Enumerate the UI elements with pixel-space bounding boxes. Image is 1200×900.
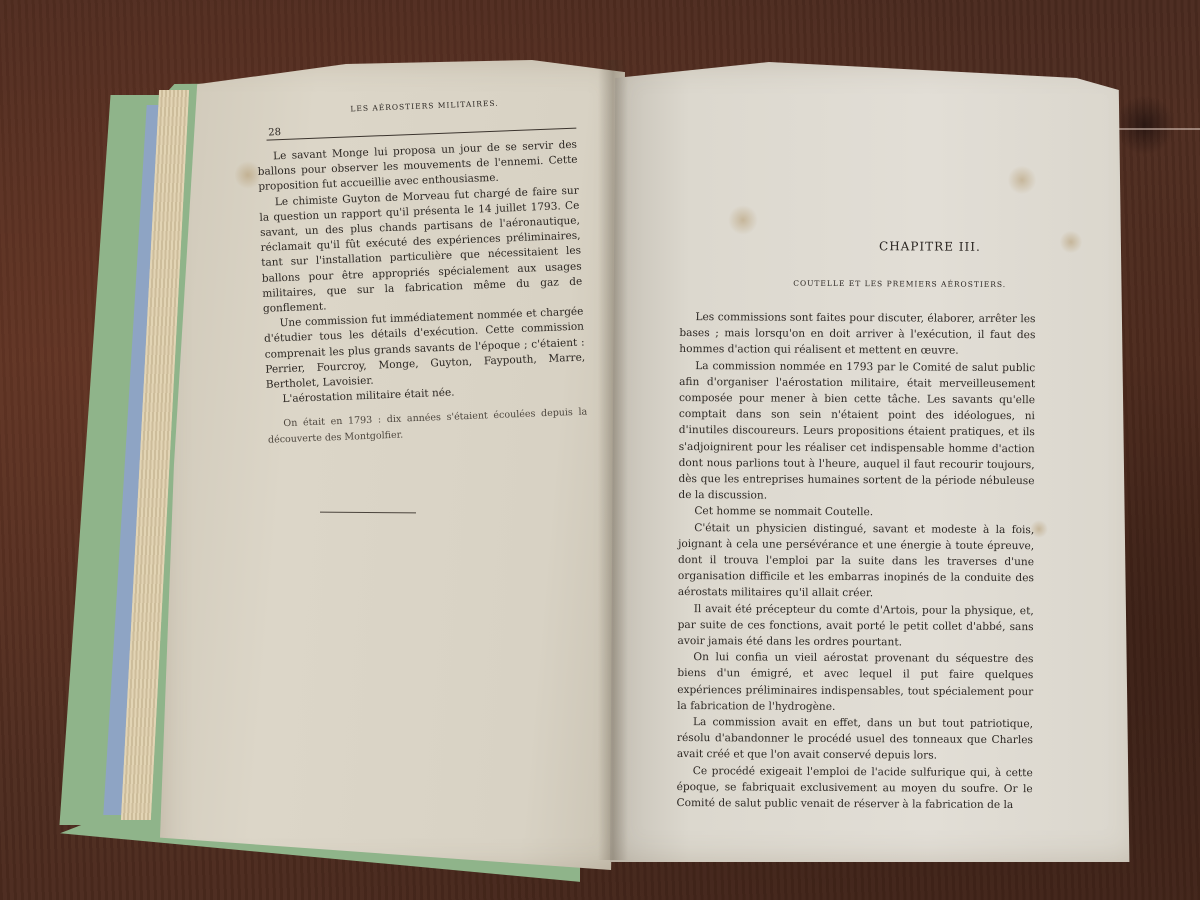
foxing-stain	[1008, 165, 1036, 195]
paragraph: Il avait été précepteur du comte d'Artoi…	[677, 601, 1033, 652]
right-page-text: CHAPITRE III. COUTELLE ET LES PREMIERS A…	[676, 238, 1035, 813]
right-page-body: Les commissions sont faites pour discute…	[676, 309, 1035, 813]
foxing-stain	[1060, 230, 1082, 254]
left-page-text: 28 LES AÉROSTIERS MILITAIRES. Le savant …	[255, 88, 588, 448]
paragraph: Une commission fut immédiatement nommée …	[263, 305, 586, 393]
table-stain	[1115, 95, 1175, 155]
chapter-title: CHAPITRE III.	[830, 239, 1030, 254]
paragraph: Ce procédé exigeait l'emploi de l'acide …	[676, 763, 1032, 814]
paragraph: La commission avait en effet, dans un bu…	[677, 714, 1033, 765]
paragraph: La commission nommée en 1793 par le Comi…	[678, 358, 1035, 506]
book-gutter	[598, 60, 628, 860]
left-page-body: Le savant Monge lui proposa un jour de s…	[257, 138, 588, 448]
foxing-stain	[728, 205, 758, 235]
paragraph: C'était un physicien distingué, savant e…	[678, 520, 1034, 603]
page-number: 28	[268, 127, 281, 138]
paragraph: On lui confia un vieil aérostat provenan…	[677, 649, 1033, 716]
paragraph: Cet homme se nommait Coutelle.	[678, 503, 1034, 521]
running-title: LES AÉROSTIERS MILITAIRES.	[350, 99, 499, 114]
chapter-subtitle: COUTELLE ET LES PREMIERS AÉROSTIERS.	[750, 278, 1050, 289]
paragraph: Les commissions sont faites pour discute…	[679, 309, 1035, 360]
paragraph: Le chimiste Guyton de Morveau fut chargé…	[259, 183, 583, 317]
